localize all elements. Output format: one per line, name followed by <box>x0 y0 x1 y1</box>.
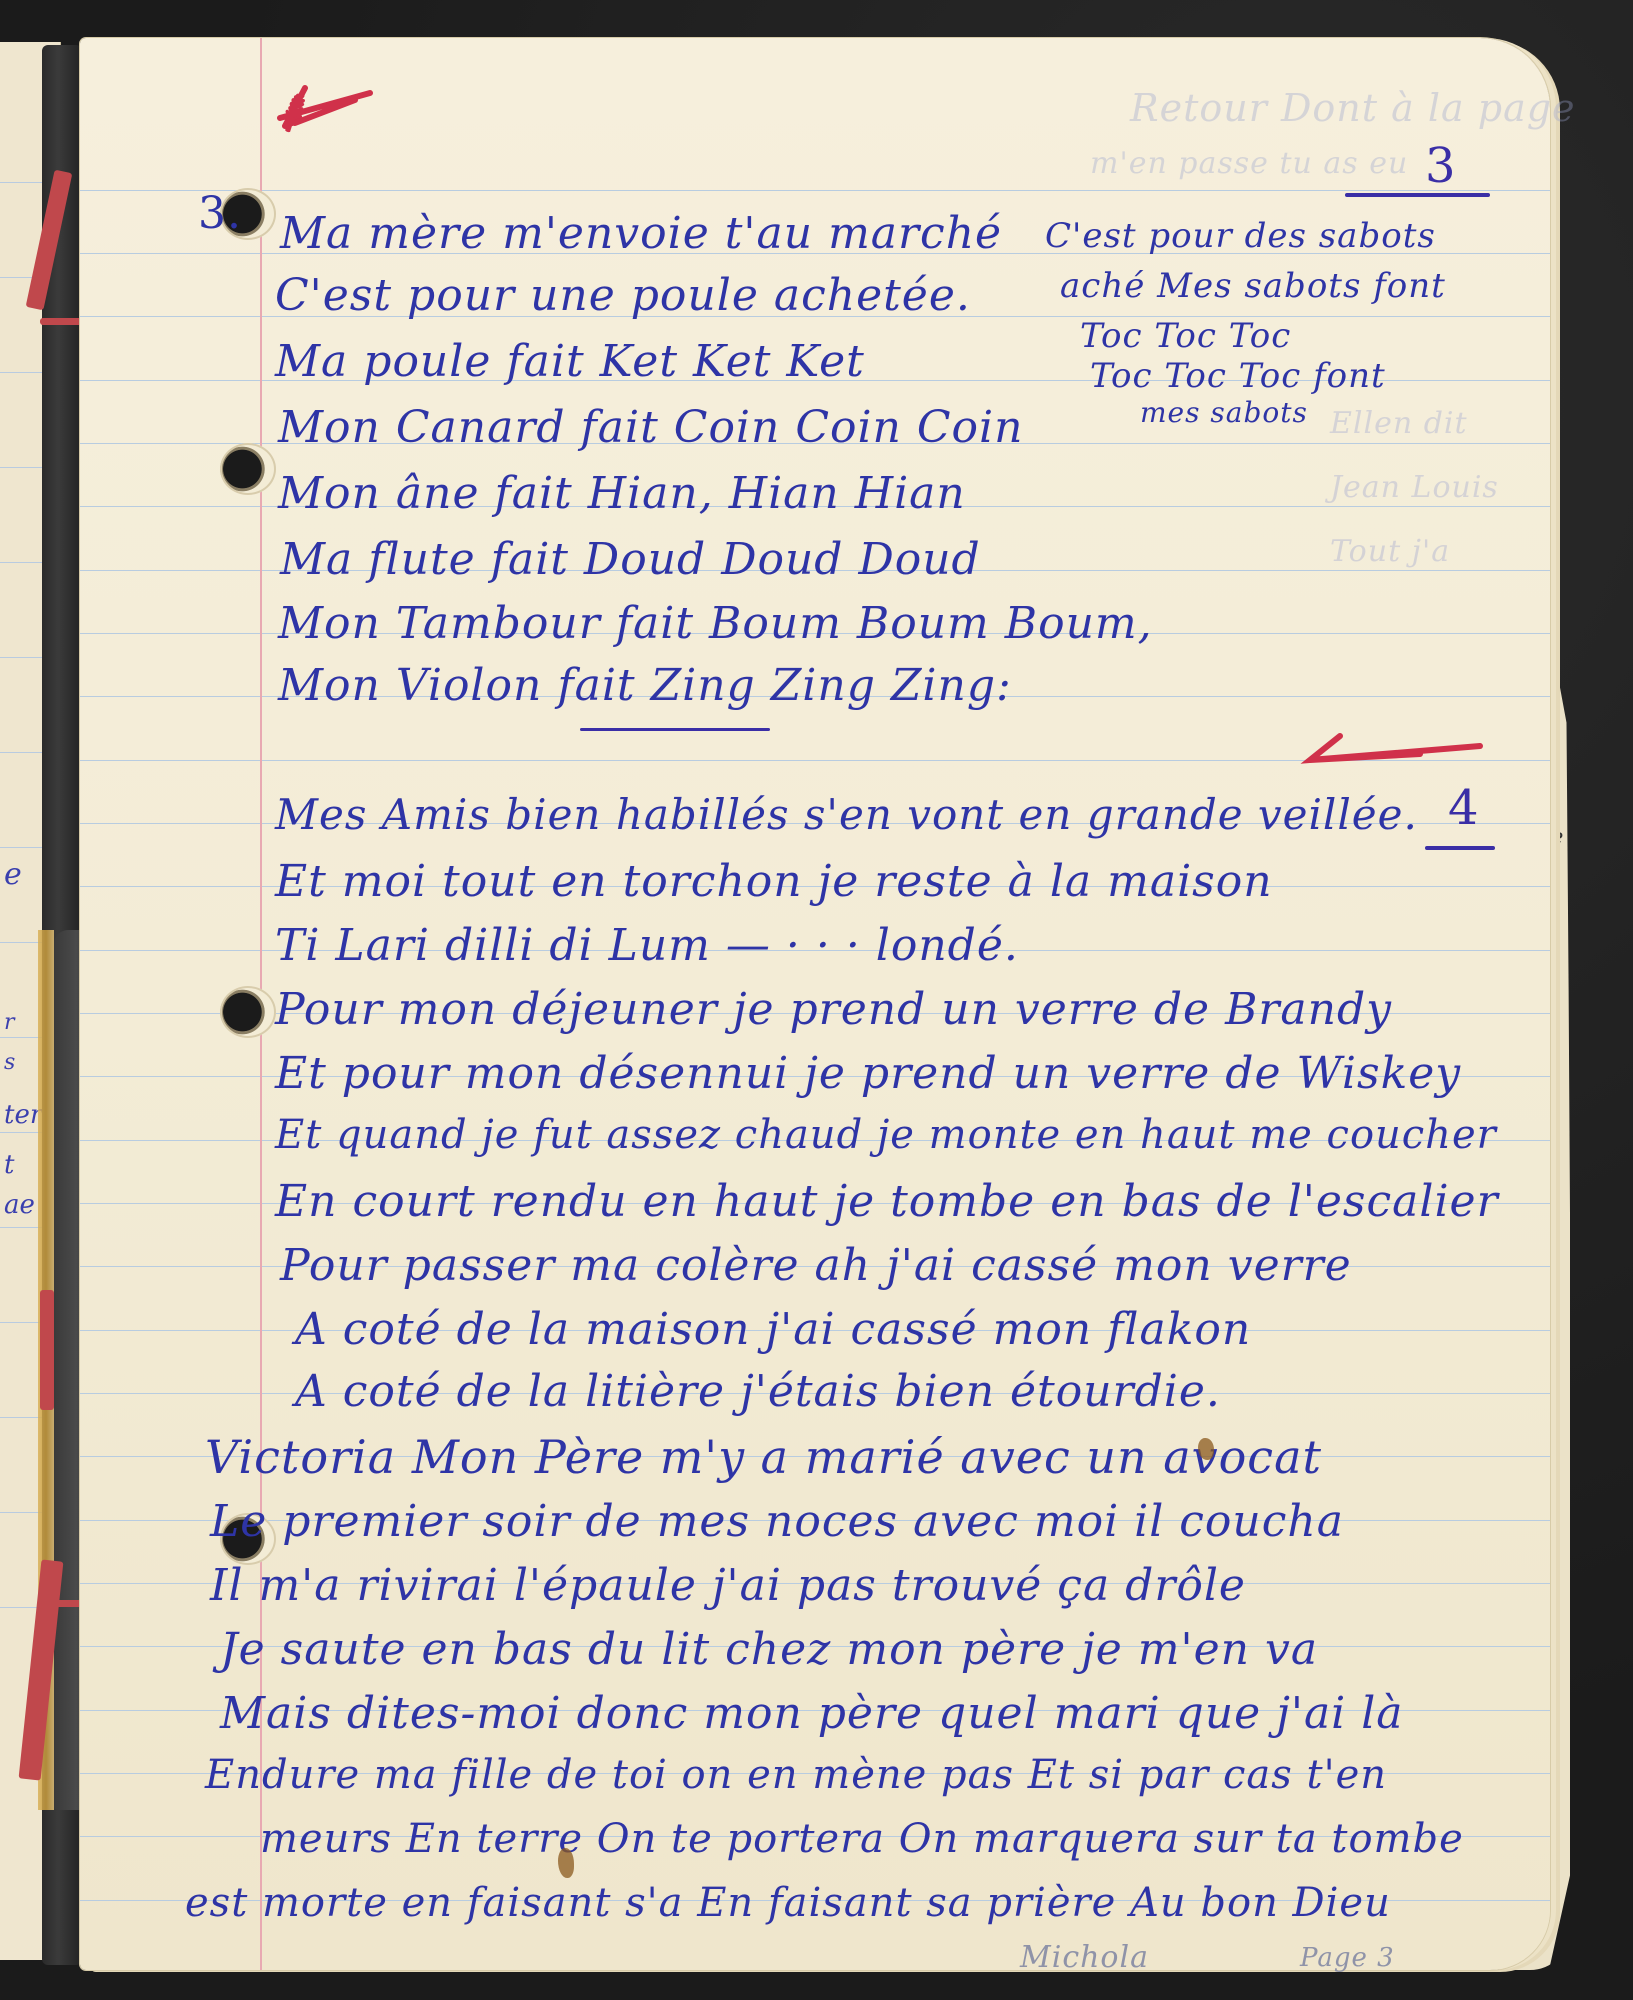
victoria-line: Le premier soir de mes noces avec moi il… <box>210 1496 1344 1547</box>
notebook-page: Retour Dont à la page m'en passe tu as e… <box>80 38 1550 1970</box>
bleedthrough-text: Tout j'a <box>1330 534 1450 569</box>
page-number-underline <box>1345 193 1490 197</box>
victoria-line: Victoria Mon Père m'y a marié avec un av… <box>205 1430 1322 1484</box>
song4-line: En court rendu en haut je tombe en bas d… <box>275 1176 1499 1227</box>
song3-line: Mon Canard fait Coin Coin Coin <box>278 402 1023 453</box>
song4-line: A coté de la litière j'étais bien étourd… <box>295 1366 1221 1417</box>
victoria-line: est morte en faisant s'a En faisant sa p… <box>185 1880 1391 1926</box>
song4-line: Ti Lari dilli di Lum — · · · londé. <box>275 920 1019 971</box>
song3-line: Mon âne fait Hian, Hian Hian <box>278 468 966 519</box>
bleedthrough-text: Ellen dit <box>1330 406 1468 441</box>
song4-line: Pour passer ma colère ah j'ai cassé mon … <box>280 1240 1352 1291</box>
red-arrow-icon <box>1300 728 1500 778</box>
bleedthrough-text: m'en passe tu as eu <box>1090 146 1408 181</box>
song3-line: Ma poule fait Ket Ket Ket <box>275 336 865 387</box>
prev-page-fragment: e <box>4 860 22 890</box>
page-label: Page 3 <box>1300 1943 1395 1973</box>
song4-line: Et quand je fut assez chaud je monte en … <box>275 1112 1497 1158</box>
song3-number: 3. <box>198 188 242 239</box>
song4-line: Et pour mon désennui je prend un verre d… <box>275 1048 1461 1099</box>
victoria-line: Mais dites-moi donc mon père quel mari q… <box>220 1688 1404 1739</box>
song4-line: A coté de la maison j'ai cassé mon flako… <box>295 1304 1251 1355</box>
binding-string <box>40 1290 54 1410</box>
song4-number: 4 <box>1448 780 1480 836</box>
victoria-line: meurs En terre On te portera On marquera… <box>260 1816 1464 1862</box>
prev-page-fragment: r <box>4 1012 15 1034</box>
song3-side-note: aché Mes sabots font <box>1060 266 1446 306</box>
ink-stain <box>1198 1438 1214 1460</box>
song4-number-underline <box>1425 846 1495 850</box>
song4-line: Et moi tout en torchon je reste à la mai… <box>275 856 1273 907</box>
song3-side-note: Toc Toc Toc <box>1080 316 1291 356</box>
prev-page-fragment: ae <box>4 1192 35 1218</box>
punch-hole <box>220 986 276 1038</box>
prev-page-fragment: t <box>4 1152 14 1178</box>
zing-underline <box>580 728 770 731</box>
punch-hole <box>220 443 276 495</box>
signature: Michola <box>1020 1940 1149 1975</box>
song4-line: Mes Amis bien habillés s'en vont en gran… <box>275 790 1418 839</box>
ink-stain <box>558 1848 574 1878</box>
song3-line: Mon Tambour fait Boum Boum Boum, <box>278 598 1153 649</box>
page-number: 3 <box>1425 138 1457 194</box>
song4-line: Pour mon déjeuner je prend un verre de B… <box>275 984 1392 1035</box>
song3-line: Ma flute fait Doud Doud Doud <box>280 534 981 585</box>
song3-side-note: mes sabots <box>1140 396 1308 429</box>
bleedthrough-text: Jean Louis <box>1330 470 1499 505</box>
bleedthrough-text: Retour Dont à la page <box>1130 86 1576 130</box>
song3-side-note: Toc Toc Toc font <box>1090 356 1386 396</box>
victoria-line: Endure ma fille de toi on en mène pas Et… <box>205 1752 1387 1798</box>
song3-side-note: C'est pour des sabots <box>1045 216 1436 256</box>
red-check-mark-icon <box>275 78 385 138</box>
song3-line: C'est pour une poule achetée. <box>275 270 971 321</box>
song3-line: Ma mère m'envoie t'au marché <box>280 208 1002 259</box>
victoria-line: Je saute en bas du lit chez mon père je … <box>220 1624 1318 1675</box>
prev-page-fragment: s <box>4 1052 15 1074</box>
prev-page-fragment: ter <box>4 1102 42 1128</box>
victoria-line: Il m'a rivirai l'épaule j'ai pas trouvé … <box>210 1560 1246 1611</box>
song3-line: Mon Violon fait Zing Zing Zing: <box>278 660 1012 711</box>
